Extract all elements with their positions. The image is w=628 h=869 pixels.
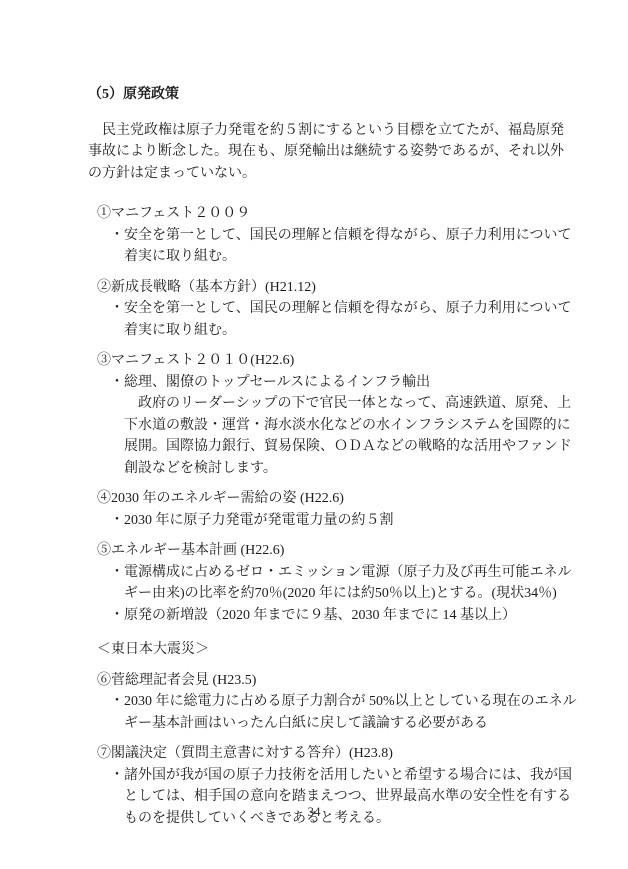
bullet-line: ・原発の新増設（2020 年までに９基、2030 年までに 14 基以上）: [110, 605, 558, 627]
divider-heading: ＜東日本大震災＞: [97, 639, 558, 661]
bullet-continuation-line: 着実に取り組む。: [124, 320, 558, 342]
page-number: 34: [0, 801, 628, 823]
section-title: ⑥菅総理記者会見 (H23.5): [97, 670, 558, 692]
policy-section-5: ⑤エネルギー基本計画 (H22.6) ・電源構成に占めるゼロ・エミッション電源（…: [88, 540, 558, 626]
bullet-line: ・諸外国が我が国の原子力技術を活用したいと希望する場合には、我が国: [110, 765, 558, 787]
text-line: の方針は定まっていない。: [88, 163, 558, 185]
text-line: 民主党政権は原子力発電を約５割にするという目標を立てたが、福島原発: [102, 120, 558, 142]
policy-section-1: ①マニフェスト２００９ ・安全を第一として、国民の理解と信頼を得ながら、原子力利…: [88, 203, 558, 268]
policy-section-2: ②新成長戦略（基本方針）(H21.12) ・安全を第一として、国民の理解と信頼を…: [88, 277, 558, 342]
bullet-line: ・2030 年に原子力発電が発電電力量の約５割: [110, 510, 558, 532]
section-title: ④2030 年のエネルギー需給の姿 (H22.6): [97, 488, 558, 510]
policy-section-6: ⑥菅総理記者会見 (H23.5) ・2030 年に総電力に占める原子力割合が 5…: [88, 670, 558, 735]
inner-paragraph-line: 創設などを検討します。: [124, 458, 558, 480]
bullet-continuation-line: ギー由来)の比率を約70％(2020 年には約50％以上)とする。(現状34％): [124, 583, 558, 605]
bullet-line: ・電源構成に占めるゼロ・エミッション電源（原子力及び再生可能エネル: [110, 562, 558, 584]
inner-paragraph-line: 下水道の敷設・運営・海水淡水化などの水インフラシステムを国際的に: [124, 415, 558, 437]
section-title: ②新成長戦略（基本方針）(H21.12): [97, 277, 558, 299]
text-line: 事故により断念した。現在も、原発輸出は継続する姿勢であるが、それ以外: [88, 141, 558, 163]
document-page: （5）原発政策 民主党政権は原子力発電を約５割にするという目標を立てたが、福島原…: [0, 0, 594, 829]
section-title: ①マニフェスト２００９: [97, 203, 558, 225]
bullet-line: ・安全を第一として、国民の理解と信頼を得ながら、原子力利用について: [110, 225, 558, 247]
section-title: ⑤エネルギー基本計画 (H22.6): [97, 540, 558, 562]
policy-section-4: ④2030 年のエネルギー需給の姿 (H22.6) ・2030 年に原子力発電が…: [88, 488, 558, 531]
policy-section-3: ③マニフェスト２０１０(H22.6) ・総理、閣僚のトップセールスによるインフラ…: [88, 350, 558, 479]
section-title: ③マニフェスト２０１０(H22.6): [97, 350, 558, 372]
intro-paragraph: 民主党政権は原子力発電を約５割にするという目標を立てたが、福島原発 事故により断…: [88, 120, 558, 185]
page-heading: （5）原発政策: [88, 84, 558, 106]
section-title: ⑦閣議決定（質問主意書に対する答弁）(H23.8): [97, 743, 558, 765]
inner-paragraph-line: 政府のリーダーシップの下で官民一体となって、高速鉄道、原発、上: [138, 393, 558, 415]
inner-paragraph-line: 展開。国際協力銀行、貿易保険、ＯＤＡなどの戦略的な活用やファンド: [124, 436, 558, 458]
bullet-line: ・安全を第一として、国民の理解と信頼を得ながら、原子力利用について: [110, 298, 558, 320]
bullet-continuation-line: ギー基本計画はいったん白紙に戻して議論する必要がある: [124, 713, 558, 735]
bullet-line: ・総理、閣僚のトップセールスによるインフラ輸出: [110, 372, 558, 394]
bullet-line: ・2030 年に総電力に占める原子力割合が 50%以上としている現在のエネル: [110, 691, 558, 713]
bullet-continuation-line: 着実に取り組む。: [124, 246, 558, 268]
